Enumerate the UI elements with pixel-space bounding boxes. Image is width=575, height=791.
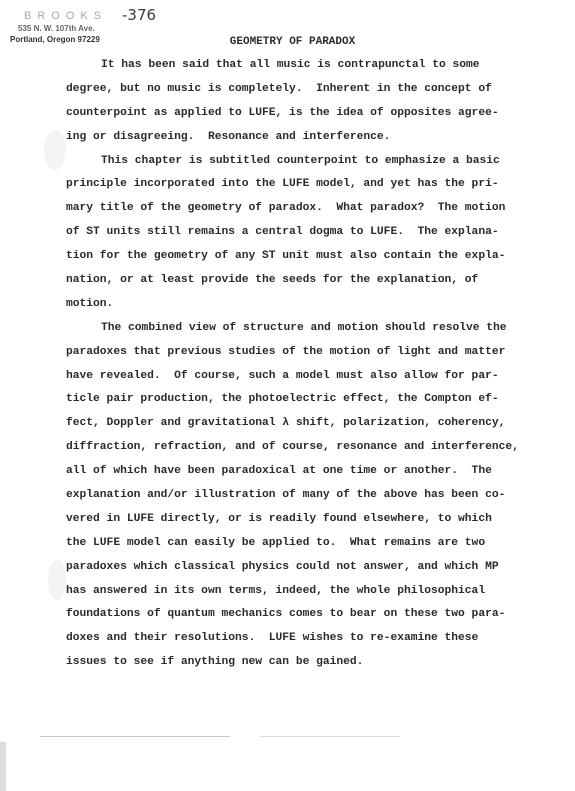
page-title: GEOMETRY OF PARADOX — [0, 36, 575, 48]
text-line: diffraction, refraction, and of course, … — [66, 439, 566, 463]
text-line: doxes and their resolutions. LUFE wishes… — [66, 630, 566, 654]
paper-smudge — [44, 130, 66, 170]
text-line: This chapter is subtitled counterpoint t… — [66, 153, 566, 177]
text-line: vered in LUFE directly, or is readily fo… — [66, 511, 566, 535]
text-line: mary title of the geometry of paradox. W… — [66, 200, 566, 224]
text-line: principle incorporated into the LUFE mod… — [66, 176, 566, 200]
text-line: counterpoint as applied to LUFE, is the … — [66, 105, 566, 129]
document-body: It has been said that all music is contr… — [66, 57, 566, 678]
scan-artifact-line — [40, 736, 230, 737]
text-line: degree, but no music is completely. Inhe… — [66, 81, 566, 105]
paper-smudge — [48, 560, 66, 600]
stamp-address-street: 535 N. W. 107th Ave. — [18, 24, 95, 33]
scan-edge-shadow — [0, 742, 6, 791]
text-line: paradoxes which classical physics could … — [66, 559, 566, 583]
text-line: The combined view of structure and motio… — [66, 320, 566, 344]
stamp-name: BROOKS — [24, 10, 107, 22]
text-line: paradoxes that previous studies of the m… — [66, 344, 566, 368]
text-line: all of which have been paradoxical at on… — [66, 463, 566, 487]
text-line: has answered in its own terms, indeed, t… — [66, 583, 566, 607]
text-line: It has been said that all music is contr… — [66, 57, 566, 81]
text-line: ing or disagreeing. Resonance and interf… — [66, 129, 566, 153]
text-line: foundations of quantum mechanics comes t… — [66, 606, 566, 630]
text-line: ticle pair production, the photoelectric… — [66, 391, 566, 415]
text-line: tion for the geometry of any ST unit mus… — [66, 248, 566, 272]
text-line: fect, Doppler and gravitational λ shift,… — [66, 415, 566, 439]
text-line: have revealed. Of course, such a model m… — [66, 368, 566, 392]
handwritten-number: -376 — [122, 6, 156, 24]
text-line: issues to see if anything new can be gai… — [66, 654, 566, 678]
text-line: of ST units still remains a central dogm… — [66, 224, 566, 248]
scan-artifact-line — [260, 736, 400, 737]
text-line: nation, or at least provide the seeds fo… — [66, 272, 566, 296]
text-line: the LUFE model can easily be applied to.… — [66, 535, 566, 559]
text-line: motion. — [66, 296, 566, 320]
text-line: explanation and/or illustration of many … — [66, 487, 566, 511]
